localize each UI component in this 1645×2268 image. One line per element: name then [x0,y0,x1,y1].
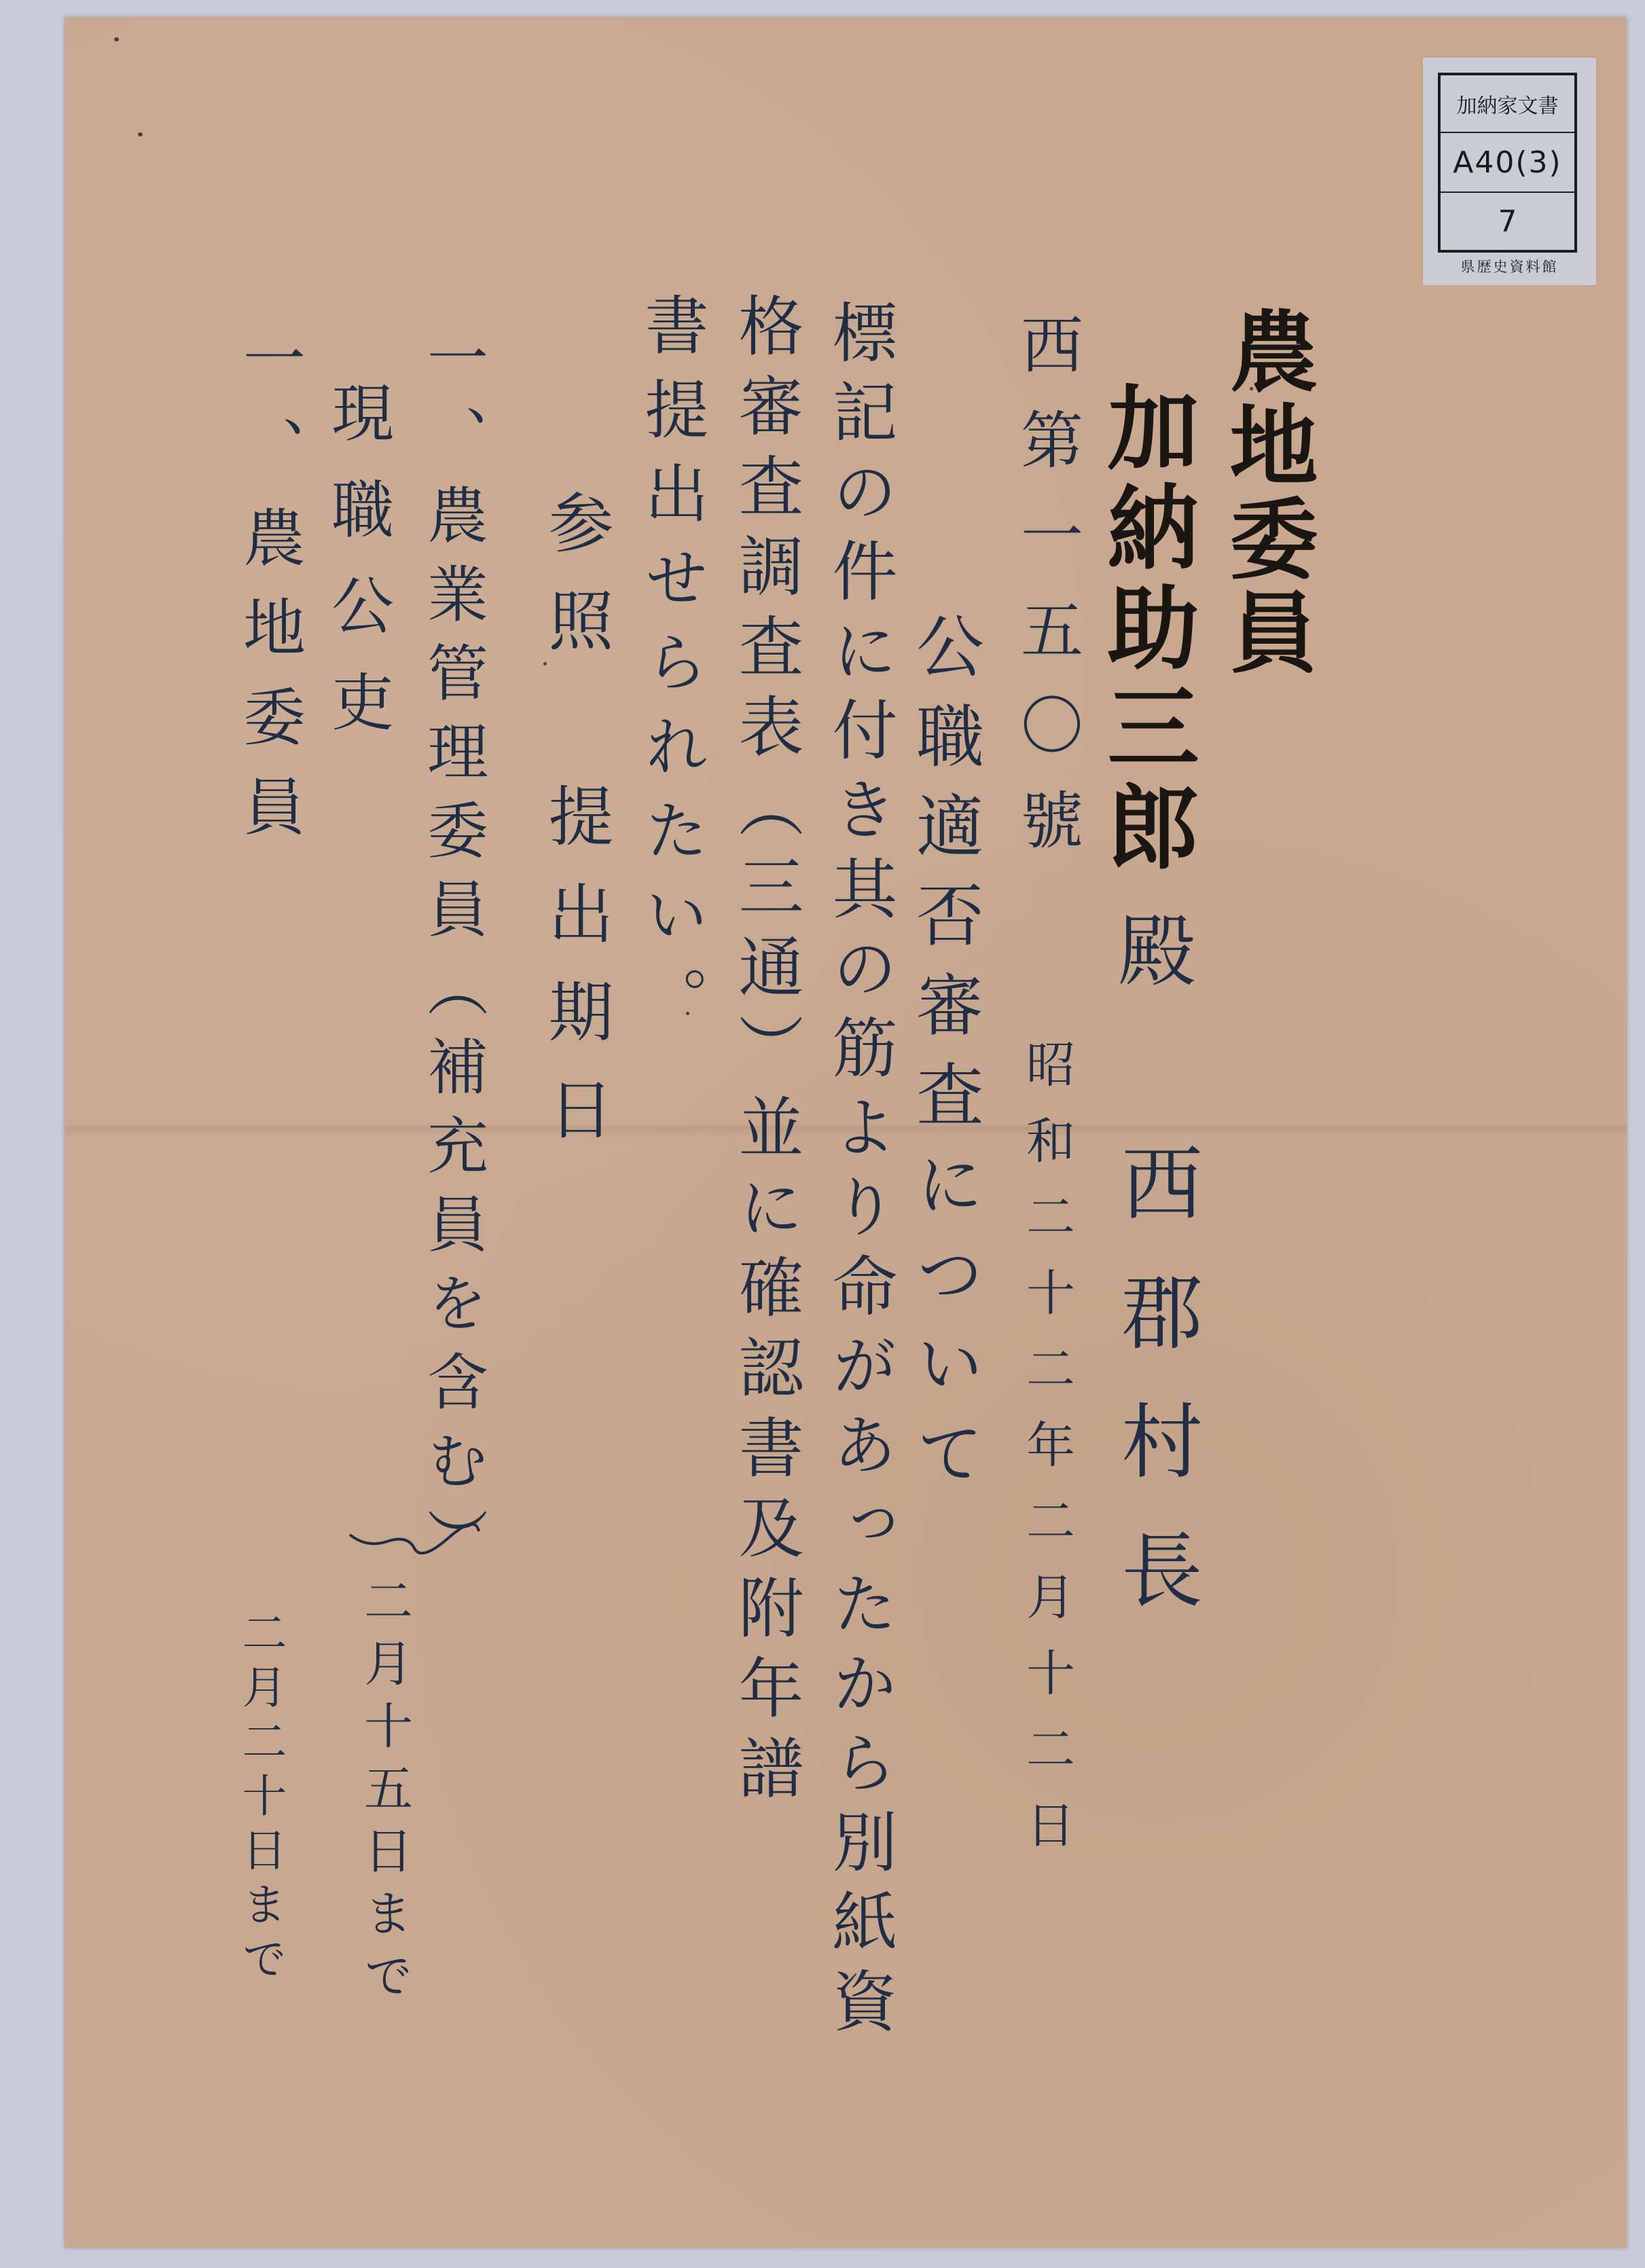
deadline-1: 二月十五日まで [360,1575,409,2013]
catalog-label-frame: 加納家文書 A40(3) 7 [1438,73,1577,253]
ditto-mark [346,1521,482,1562]
item-agricultural-management-committee: 一、農業管理委員（補充員を含む） [421,326,482,1586]
issue-date: 昭和二十二年二月十二日 [1022,1039,1071,1876]
addressee-name: 加納助三郎 [1100,380,1192,879]
catalog-collection: 加納家文書 [1441,75,1574,133]
body-line-1: 標記の件に付き其の筋より命があったから別紙資 [827,299,892,2047]
subject-line: 公職適否審査について [910,611,978,1507]
catalog-institution: 県歴史資料館 [1423,256,1596,276]
paper-speck [138,132,143,136]
body-line-4: 参照 提出期日 [543,489,609,1173]
catalog-label: 加納家文書 A40(3) 7 県歴史資料館 [1423,58,1596,285]
body-line-2: 格審査調査表（三通）並に確認書及附年譜 [734,292,799,1814]
document-number: 西第一五〇號 [1015,312,1078,883]
addressee-honorific: 殿 [1110,910,1189,988]
item-farmland-committee: 一、農地委員 [238,326,300,864]
addressee-title: 農地委員 [1223,306,1311,680]
sender: 西郡村長 [1114,1141,1195,1657]
catalog-item-number: 7 [1441,193,1574,250]
item-current-officials: 現職公吏 [326,380,388,766]
body-line-3: 書提出せられたい。 [638,292,702,1050]
deadline-2: 二月二十日まで [238,1609,283,1990]
catalog-call-number: A40(3) [1441,133,1574,193]
paper-speck [114,37,119,41]
